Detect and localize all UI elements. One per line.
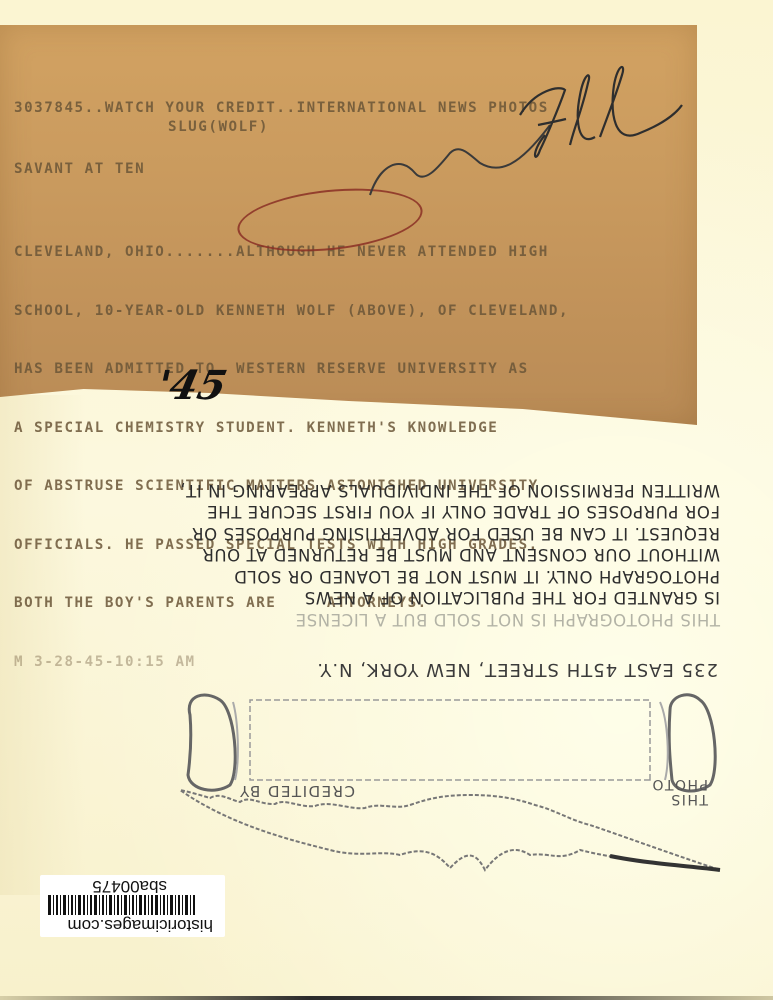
caption-line: SCHOOL, 10-YEAR-OLD KENNETH WOLF (ABOVE)… (14, 302, 569, 322)
photo-label-line: PHOTO (651, 776, 708, 791)
caption-title: SAVANT AT TEN (14, 160, 145, 180)
photo-label-line: THIS (651, 791, 708, 806)
credited-by-label: CREDITED BY (239, 782, 355, 800)
license-text: THIS PHOTOGRAPH IS NOT SOLD BUT A LICENS… (180, 480, 720, 631)
caption-slug: SLUG(WOLF) (168, 118, 269, 138)
barcode-site: historicimages.com (68, 915, 214, 935)
scan-bottom-edge (0, 996, 773, 1000)
barcode-icon (45, 895, 195, 915)
caption-line: A SPECIAL CHEMISTRY STUDENT. KENNETH'S K… (14, 419, 569, 439)
license-line: FOR PURPOSES OF TRADE ONLY IF YOU FIRST … (180, 501, 720, 523)
barcode-label: historicimages.com sba00475 (40, 875, 225, 937)
marker-year-note: '45 (153, 362, 231, 409)
license-line: PHOTOGRAPH ONLY. IT MUST NOT BE LOANED O… (180, 566, 720, 588)
license-line: WRITTEN PERMISSION OF THE INDIVIDUALS AP… (180, 480, 720, 502)
caption-line: HAS BEEN ADMITTED TO WESTERN RESERVE UNI… (14, 360, 569, 380)
license-line: REQUEST. IT CAN BE USED FOR ADVERTISING … (180, 523, 720, 545)
license-line: IS GRANTED FOR THE PUBLICATION OF A NEWS (180, 587, 720, 609)
pencil-handwriting-fall (360, 55, 700, 205)
barcode-code: sba00475 (92, 876, 167, 896)
this-photo-label: THIS PHOTO (651, 776, 708, 806)
license-line: THIS PHOTOGRAPH IS NOT SOLD BUT A LICENS… (180, 609, 720, 631)
license-line: WITHOUT OUR CONSENT AND MUST BE RETURNED… (180, 544, 720, 566)
agency-stamp: CREDITED BY THIS PHOTO 235 EAST 45TH STR… (170, 515, 730, 880)
agency-address: 235 EAST 45TH STREET, NEW YORK, N.Y. (316, 659, 718, 680)
